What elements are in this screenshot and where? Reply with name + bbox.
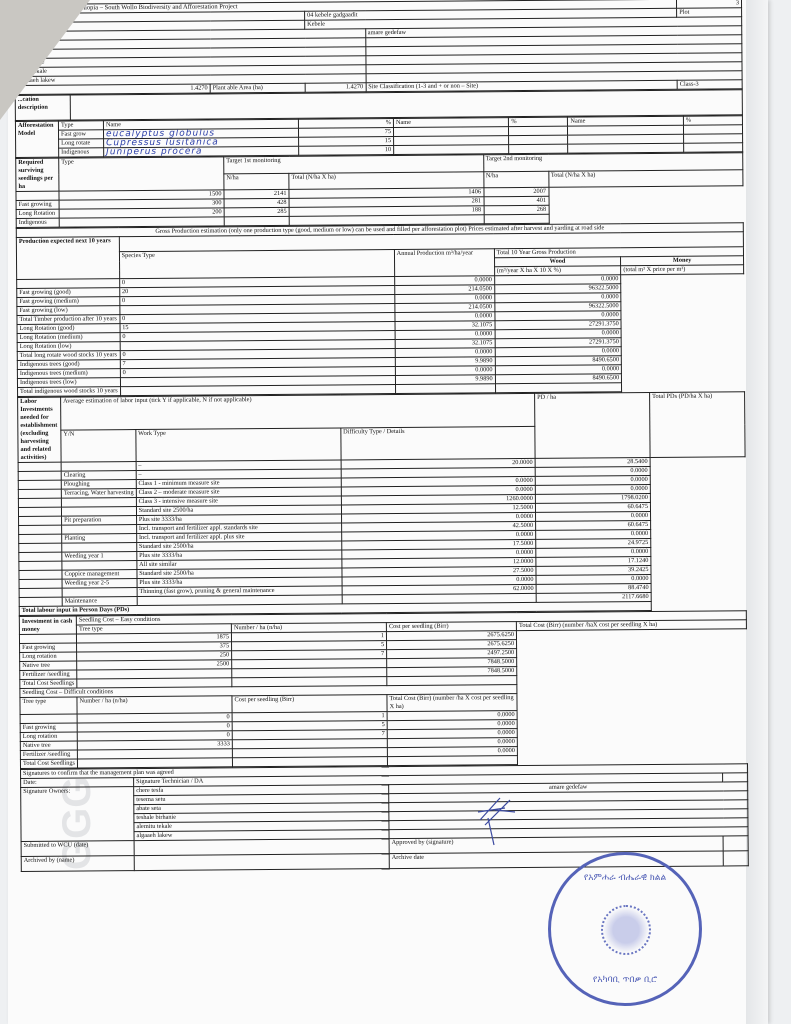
tree-type: Native tree xyxy=(20,741,77,750)
seedlings-table: Required surviving seedlings per ha Type… xyxy=(15,152,744,228)
site-class-value: 1.4270 xyxy=(305,83,366,92)
yn-checkbox[interactable] xyxy=(18,489,61,498)
target2-total: 268 xyxy=(484,205,549,215)
wood-value: 32.1075 xyxy=(395,339,495,349)
target1-total xyxy=(224,216,289,226)
species-type: Total indigenous wood stocks 10 years xyxy=(18,387,121,397)
wood-value: 214.0500 xyxy=(394,285,494,295)
yn-checkbox[interactable] xyxy=(18,480,61,489)
seedling-type: Long Rotation xyxy=(16,209,59,218)
wood-value: 0.0000 xyxy=(395,330,495,340)
target2-header: Target 2nd monitoring xyxy=(483,153,743,172)
tree-type: Fast growing xyxy=(20,643,77,652)
total-pds: 28.5400 xyxy=(535,458,650,468)
yn-checkbox[interactable] xyxy=(19,561,62,570)
tree-type: Fertilizer /seedling xyxy=(20,750,77,759)
official-stamp: የአምሐራ ብሔራዊ ክልል የአካባቢ ጥበቃ ቢሮ xyxy=(548,852,702,1006)
species-type: Total long rotate wood stocks 10 years xyxy=(17,351,120,361)
wood-value: 32.1075 xyxy=(395,321,495,331)
page-edge xyxy=(746,0,768,1024)
wood-value: 0.0000 xyxy=(395,312,495,322)
wood-value: 9.9890 xyxy=(395,375,495,385)
total-pds: 0.0000 xyxy=(535,485,650,495)
seedling-cost-easy-table: Investment in cash money Seedling Cost –… xyxy=(19,610,748,769)
target1-total: 2141 xyxy=(224,189,289,199)
wood-value: 0.0000 xyxy=(394,276,494,286)
yn-checkbox[interactable] xyxy=(18,471,61,480)
money-value: 0.0000 xyxy=(495,347,622,357)
yn-checkbox[interactable] xyxy=(19,525,62,534)
total-pds: 0.0000 xyxy=(536,530,651,540)
money-value xyxy=(495,383,622,393)
tree-type xyxy=(19,634,76,643)
yn-checkbox[interactable] xyxy=(19,579,62,588)
folded-corner xyxy=(0,0,90,120)
total-pds: 2117.6680 xyxy=(536,593,651,603)
wood-value: 9.9890 xyxy=(395,357,495,367)
tree-type: Long rotation xyxy=(20,652,77,661)
management-plan-form: ...ersity and Forests in Ethiopia – Sout… xyxy=(14,0,749,872)
plantable-area-label: Plant able Area (ha) xyxy=(210,83,305,93)
seedling-type: Indigenous xyxy=(16,218,59,227)
tree-type: Fast growing xyxy=(20,723,77,732)
money-value: 8490.6500 xyxy=(495,356,622,366)
yn-checkbox[interactable] xyxy=(18,507,61,516)
tree-type: Native tree xyxy=(20,661,77,670)
seedling-type: Fast growing xyxy=(16,200,59,209)
total-pds: 60.6475 xyxy=(536,521,651,531)
yn-checkbox[interactable] xyxy=(18,462,61,471)
total-pds: 0.0000 xyxy=(536,512,651,522)
money-value: 8490.6500 xyxy=(495,374,622,384)
total-pds: 17.1240 xyxy=(536,557,651,567)
site-class: Class-3 xyxy=(677,80,742,90)
tree-type: Total Cost Seedlings xyxy=(20,679,77,688)
target1-total: 428 xyxy=(224,198,289,208)
afforestation-label: Afforestation Model xyxy=(15,121,58,157)
emblem-icon xyxy=(601,905,651,955)
wood-value: 0.0000 xyxy=(395,366,495,376)
target2-total xyxy=(484,214,549,224)
tree-type: Fertilizer /seedling xyxy=(20,670,77,679)
species-type: Total Timber production after 10 years xyxy=(17,315,120,325)
yn-checkbox[interactable] xyxy=(19,516,62,525)
signature-scribble xyxy=(470,790,520,850)
total-pds: 60.6475 xyxy=(535,503,650,513)
tree-type: Total Cost Seedlings xyxy=(20,759,77,768)
total-pds: 0.0000 xyxy=(535,476,650,486)
total-pds: 1798.0200 xyxy=(535,494,650,504)
total-pds: 0.0000 xyxy=(535,467,650,477)
target1-total: 285 xyxy=(224,207,289,217)
yn-checkbox[interactable] xyxy=(19,597,62,606)
money-value: 0.0000 xyxy=(495,365,622,375)
total-pds: 0.0000 xyxy=(536,548,651,558)
wood-value: 0.0000 xyxy=(395,348,495,358)
stamp-bottom-text: የአካባቢ ጥበቃ ቢሮ xyxy=(551,975,699,985)
target2-total: 2007 xyxy=(483,187,548,197)
yn-checkbox[interactable] xyxy=(19,534,62,543)
afforestation-table: Afforestation Model Type Name % Name % N… xyxy=(15,115,743,158)
seedlings-label: Required surviving seedlings per ha xyxy=(16,158,59,191)
tree-type xyxy=(20,714,77,723)
investment-label: Investment in cash money xyxy=(19,616,76,634)
yn-checkbox[interactable] xyxy=(19,588,62,597)
total-cost xyxy=(387,756,517,766)
work-type: Terracing, Water harvesting xyxy=(61,489,136,499)
production-table: Gross Production estimation (only one pr… xyxy=(16,222,745,397)
yn-checkbox[interactable] xyxy=(19,570,62,579)
yn-checkbox[interactable] xyxy=(19,552,62,561)
yn-checkbox[interactable] xyxy=(18,498,61,507)
labor-table: Labor Investments needed for establishme… xyxy=(17,391,747,616)
col-type: Type xyxy=(58,121,103,130)
production-label: Production expected next 10 years xyxy=(16,237,119,280)
seedling-type xyxy=(16,191,59,200)
total-pds: 39.2425 xyxy=(536,566,651,576)
wood-value: 0.0000 xyxy=(394,294,494,304)
tree-type: Long rotation xyxy=(20,732,77,741)
header-table: ...ersity and Forests in Ethiopia – Sout… xyxy=(14,0,743,95)
total-pds: 0.0000 xyxy=(536,575,651,585)
wood-value xyxy=(395,384,495,394)
wood-value: 214.0500 xyxy=(395,303,495,313)
target1-header: Target 1st monitoring xyxy=(224,155,484,174)
target2-total: 401 xyxy=(484,196,549,206)
stamp-top-text: የአምሐራ ብሔራዊ ክልል xyxy=(551,873,699,883)
total-pds: 88.4740 xyxy=(536,584,651,594)
yn-checkbox[interactable] xyxy=(19,543,62,552)
total-pds: 24.9725 xyxy=(536,539,651,549)
labor-label: Labor Investments needed for establishme… xyxy=(18,397,62,462)
